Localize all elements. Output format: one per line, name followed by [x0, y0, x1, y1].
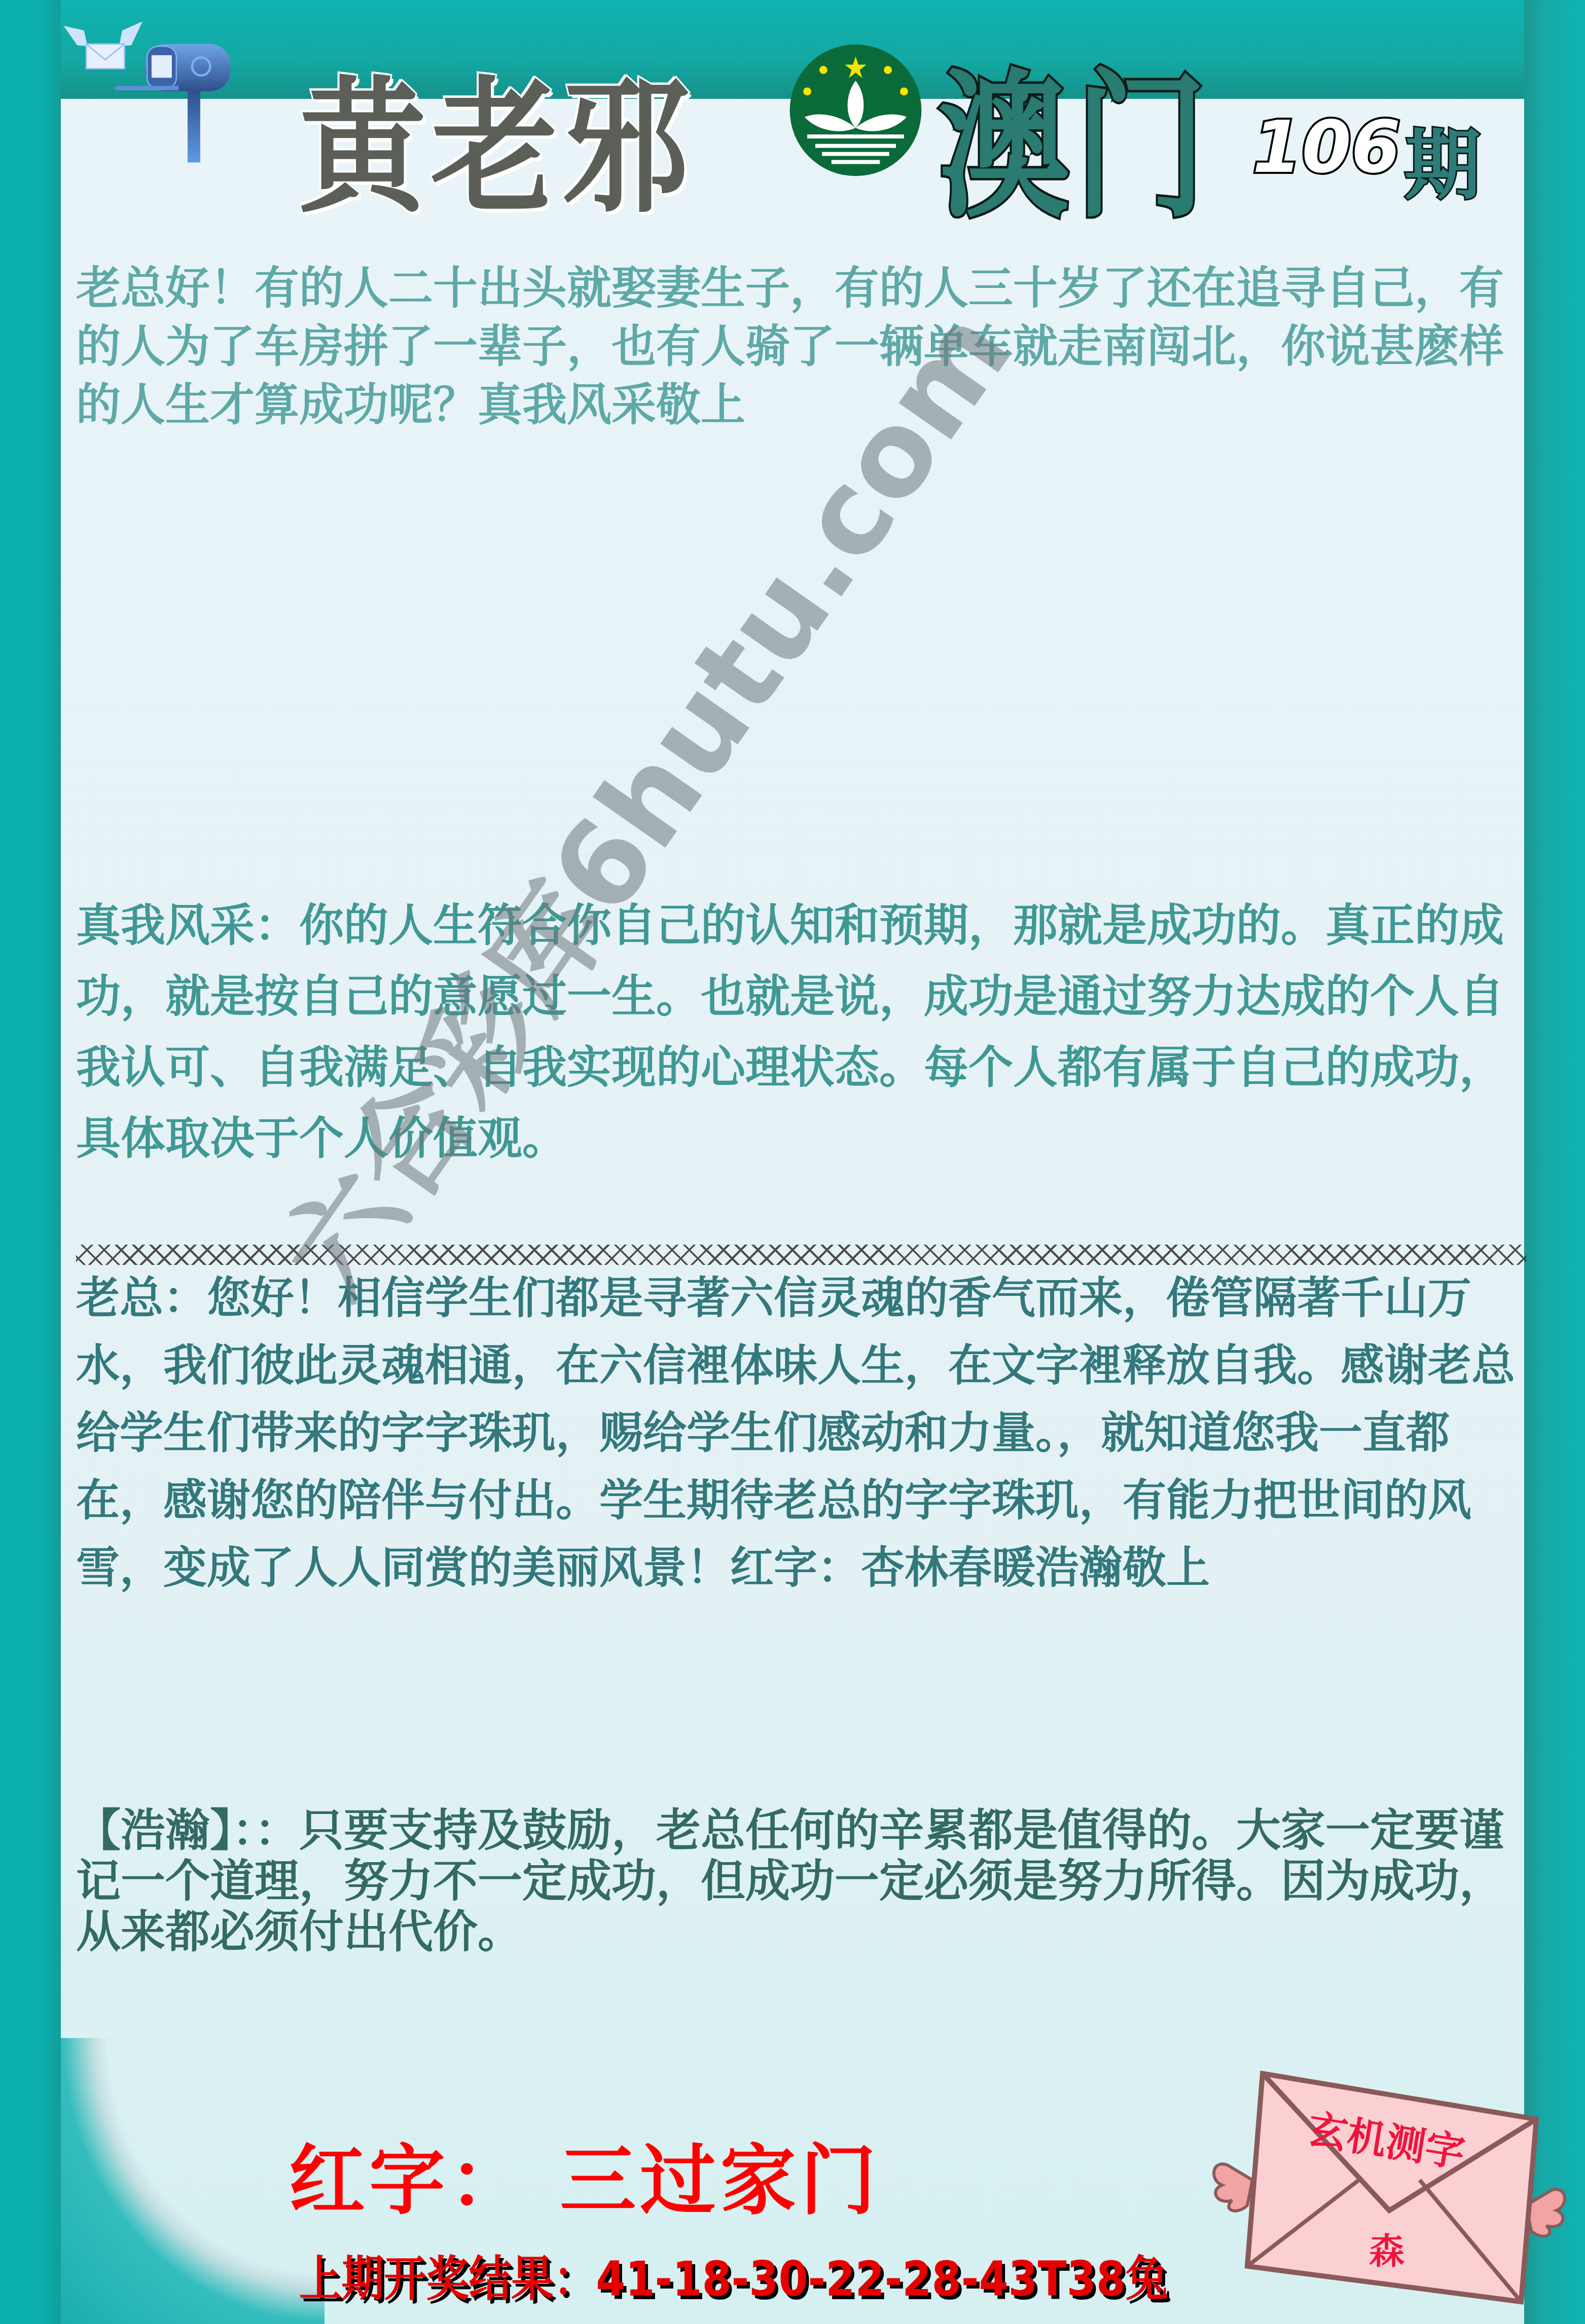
last-result: 上期开奖结果：41-18-30-22-28-43T38兔 — [299, 2241, 1168, 2310]
reply-text: 【浩瀚】：：只要支持及鼓励，老总任何的辛累都是值得的。大家一定要谨记一个道理，努… — [76, 1805, 1526, 1957]
red-word: 红字： 三过家门 — [289, 2119, 880, 2229]
issue-number: 106 — [1252, 106, 1400, 189]
answer-text: 真我风采：你的人生符合你自己的认知和预期，那就是成功的。真正的成功，就是按自己的… — [76, 890, 1526, 1174]
frame-right — [1524, 0, 1585, 2324]
mailbox-icon — [46, 10, 248, 172]
last-result-label: 上期开奖结果： — [299, 2252, 596, 2307]
header: 黄老邪 澳门 106 期 — [0, 0, 1585, 233]
red-word-value: 三过家门 — [560, 2137, 880, 2225]
question-text: 老总好！有的人二十出头就娶妻生子，有的人三十岁了还在追寻自己，有的人为了车房拼了… — [76, 259, 1526, 433]
title-name: 黄老邪 — [299, 30, 695, 240]
macau-emblem-icon — [788, 43, 923, 177]
envelope-character: 森 — [1369, 2231, 1404, 2272]
title-place: 澳门 — [938, 20, 1212, 247]
last-result-value: 41-18-30-22-28-43T38兔 — [596, 2252, 1168, 2307]
issue-suffix: 期 — [1404, 104, 1481, 213]
frame-left — [0, 0, 61, 2324]
envelope-icon: 玄机测字 森 — [1207, 2063, 1572, 2312]
letter-text: 老总：您好！相信学生们都是寻著六信灵魂的香气而来，倦管隔著千山万水，我们彼此灵魂… — [76, 1265, 1526, 1602]
red-word-label: 红字： — [289, 2137, 529, 2225]
zigzag-divider — [76, 1245, 1526, 1265]
